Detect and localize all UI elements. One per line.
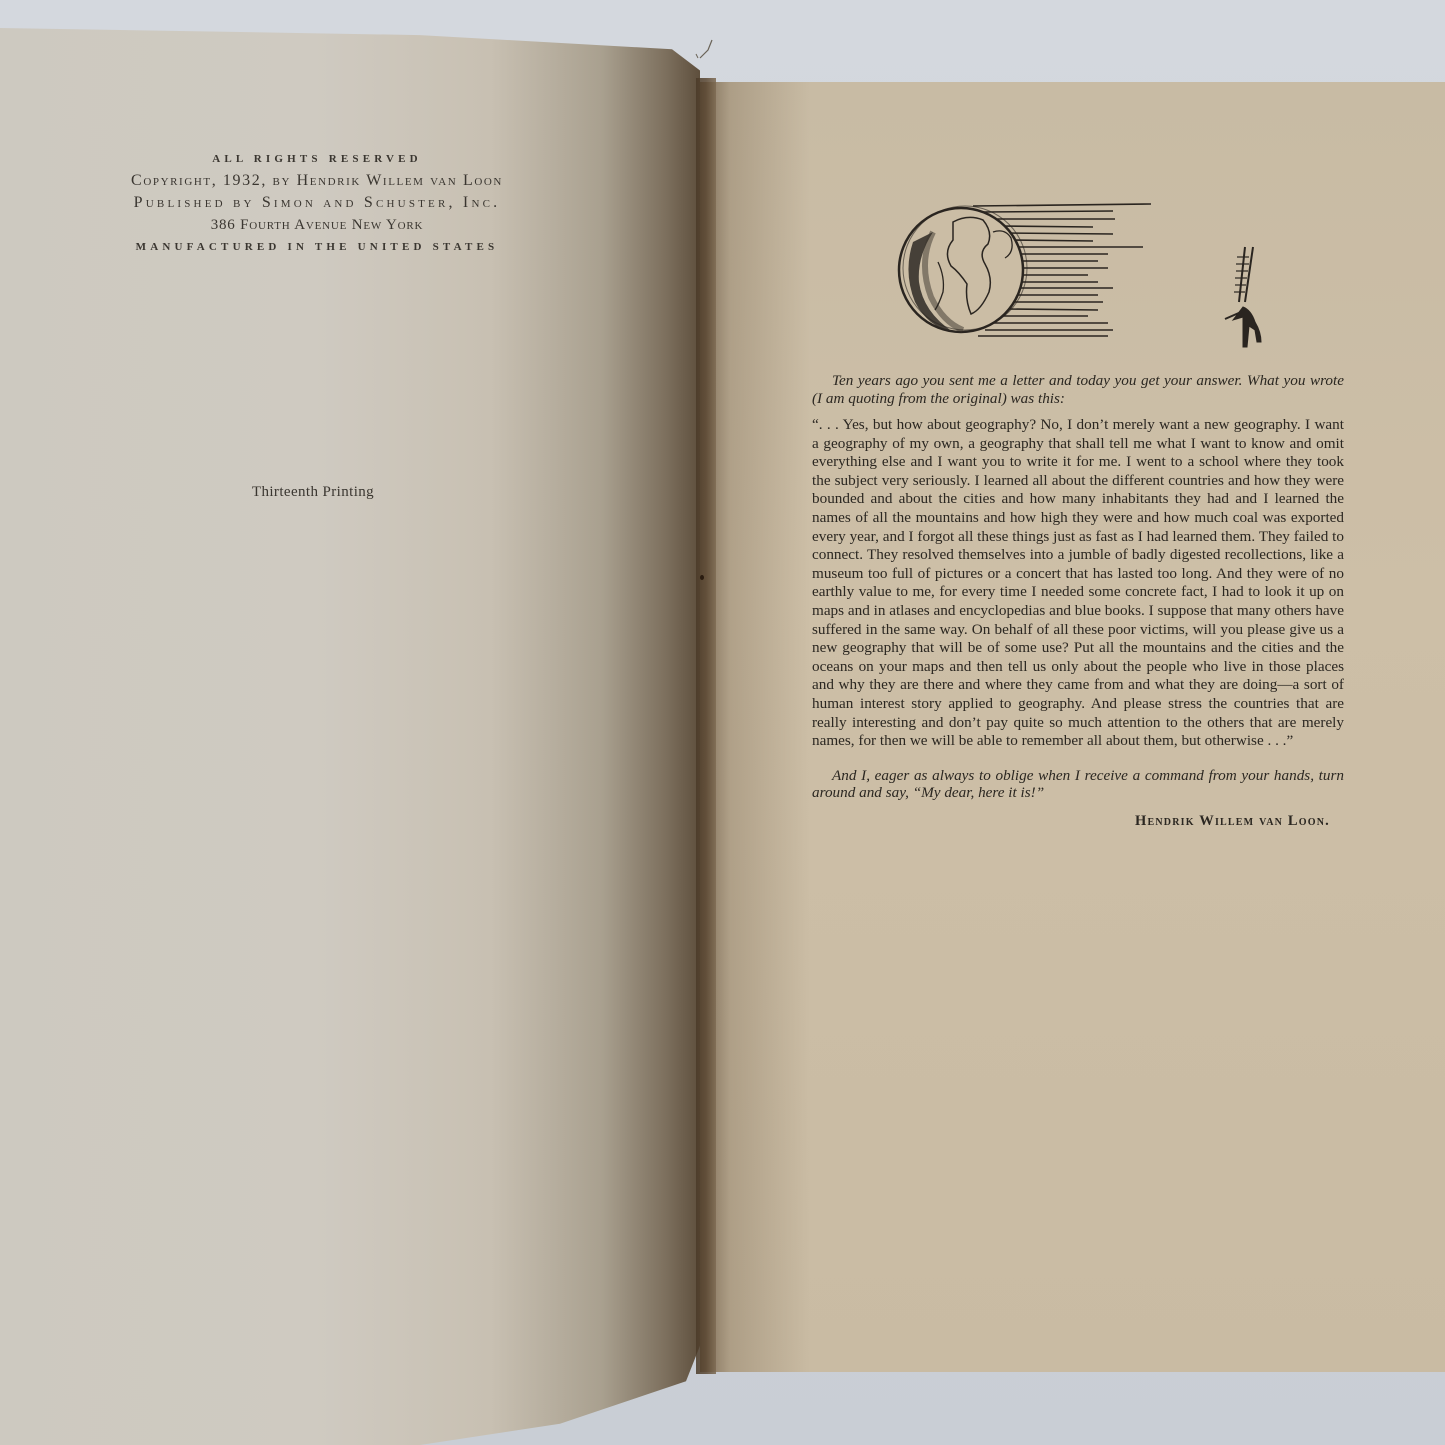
globe-giraffe-illustration <box>893 192 1293 362</box>
globe-icon <box>899 204 1151 336</box>
copyright-imprint: ALL RIGHTS RESERVED Copyright, 1932, by … <box>82 148 552 258</box>
printing-note: Thirteenth Printing <box>200 484 426 501</box>
book-gutter <box>696 78 716 1374</box>
giraffe-icon <box>1225 247 1261 347</box>
publisher-line: Published by Simon and Schuster, Inc. <box>82 192 552 214</box>
publisher-address: 386 Fourth Avenue New York <box>82 214 552 236</box>
manufactured-line: MANUFACTURED IN THE UNITED STATES <box>82 236 552 258</box>
copyright-line: Copyright, 1932, by Hendrik Willem van L… <box>82 170 552 192</box>
spine-speck <box>700 575 704 580</box>
loose-thread-icon <box>690 32 720 62</box>
letter-closing: And I, eager as always to oblige when I … <box>812 767 1344 802</box>
quoted-letter: “. . . Yes, but how about geography? No,… <box>812 416 1344 751</box>
dedication-letter: Ten years ago you sent me a letter and t… <box>812 372 1344 830</box>
author-signature: Hendrik Willem van Loon. <box>812 812 1344 831</box>
letter-intro: Ten years ago you sent me a letter and t… <box>812 372 1344 408</box>
rights-reserved: ALL RIGHTS RESERVED <box>82 148 552 170</box>
